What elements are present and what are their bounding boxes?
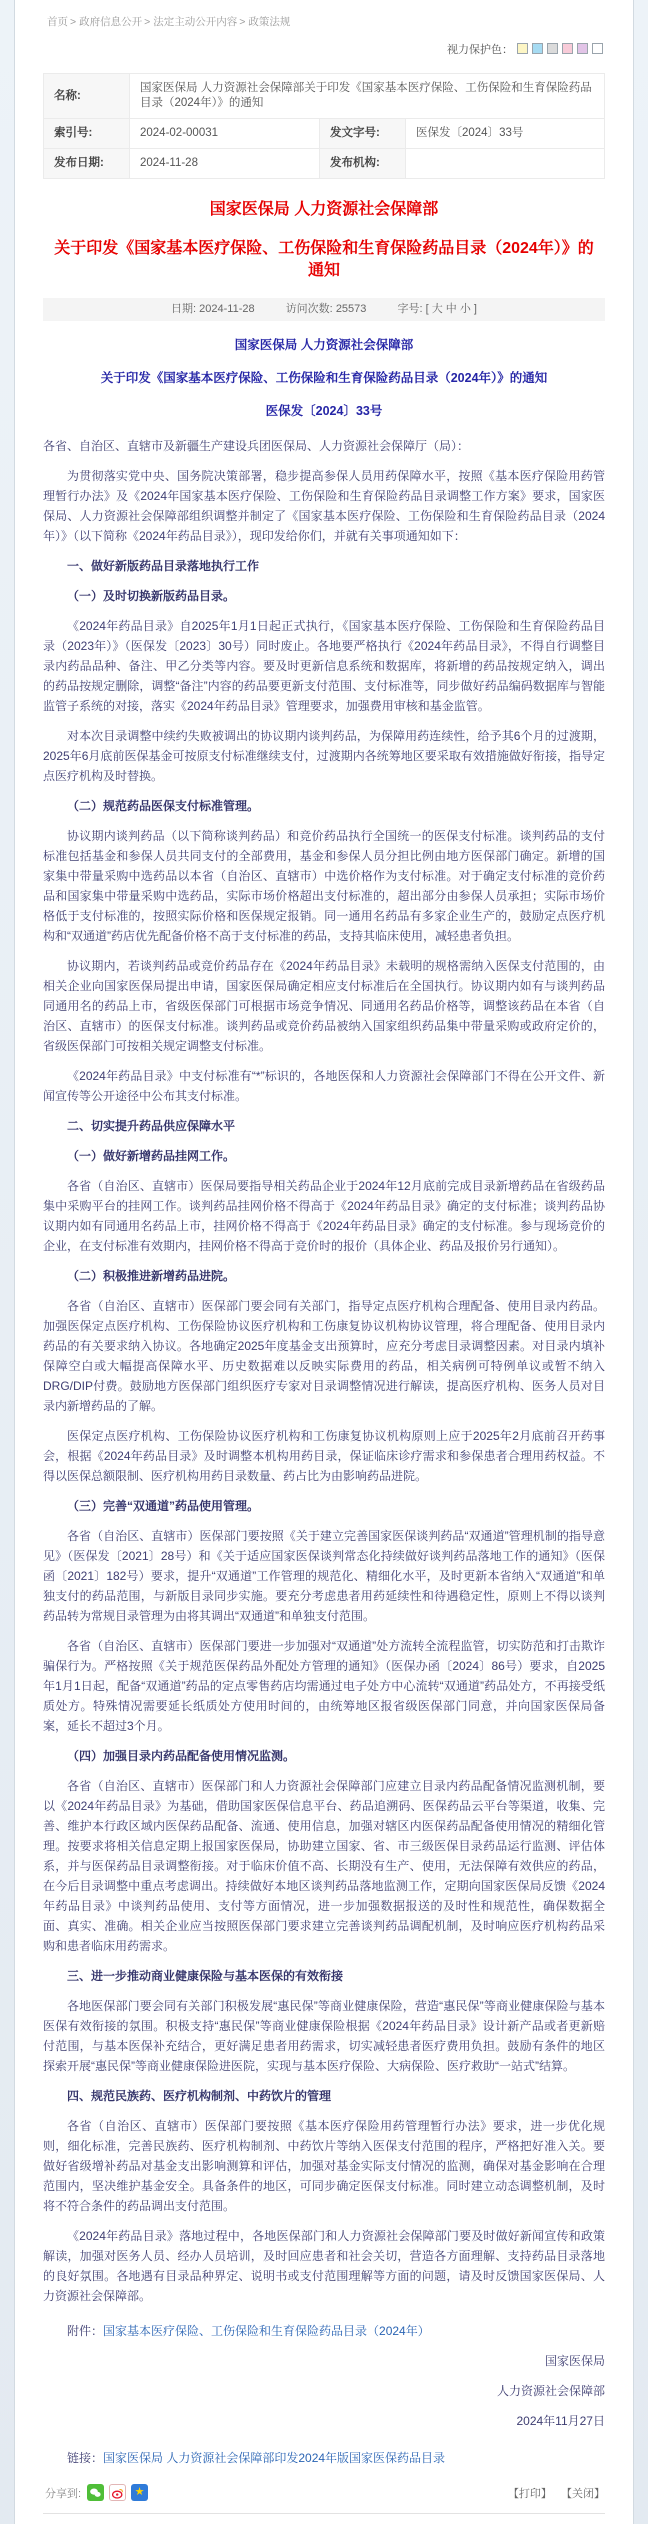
eye-protect-label: 视力保护色：	[447, 44, 513, 56]
signature-org2: 人力资源社会保障部	[43, 2383, 605, 2399]
share-label: 分享到:	[45, 2485, 81, 2501]
document-info-table: 名称: 国家医保局 人力资源社会保障部关于印发《国家基本医疗保险、工伤保险和生育…	[43, 73, 605, 179]
eye-protect-swatches	[513, 44, 603, 56]
article-h1: 四、规范民族药、医疗机构制剂、中药饮片的管理	[43, 2086, 605, 2106]
eye-protect-swatch[interactable]	[532, 43, 543, 54]
article-p: 《2024年药品目录》落地过程中，各地医保部门和人力资源社会保障部门要及时做好新…	[43, 2226, 605, 2306]
article-p: 各省（自治区、直辖市）医保部门要进一步加强对“双通道”处方流转全流程监管，切实防…	[43, 1636, 605, 1736]
related-link[interactable]: 国家医保局 人力资源社会保障部印发2024年版国家医保药品目录	[103, 2451, 445, 2465]
pubdate-label: 发布日期:	[44, 149, 130, 179]
breadcrumb-item[interactable]: 政府信息公开	[79, 16, 142, 28]
article-p: 协议期内，若谈判药品或竞价药品存在《2024年药品目录》未载明的规格需纳入医保支…	[43, 956, 605, 1056]
name-value: 国家医保局 人力资源社会保障部关于印发《国家基本医疗保险、工伤保险和生育保险药品…	[130, 74, 605, 119]
pubdate-value: 2024-11-28	[130, 149, 320, 179]
article-h1: 三、进一步推动商业健康保险与基本医保的有效衔接	[43, 1966, 605, 1986]
bottom-divider	[43, 2513, 605, 2514]
breadcrumb-item[interactable]: 法定主动公开内容	[153, 16, 237, 28]
breadcrumb: 首页>政府信息公开>法定主动公开内容>政策法规	[43, 12, 605, 35]
attachment-line: 附件：国家基本医疗保险、工伤保险和生育保险药品目录（2024年）	[43, 2322, 605, 2339]
content-panel: 首页>政府信息公开>法定主动公开内容>政策法规 视力保护色： 名称: 国家医保局…	[14, 0, 634, 2524]
related-link-label: 链接：	[67, 2451, 103, 2465]
favorite-share-icon[interactable]: ★	[131, 2484, 148, 2501]
article-h2: （一）做好新增药品挂网工作。	[43, 1146, 605, 1166]
article-h2: （二）积极推进新增药品进院。	[43, 1266, 605, 1286]
share-row: 分享到: ★ 【打印】 【关闭】	[45, 2484, 605, 2501]
signature-block: 国家医保局 人力资源社会保障部 2024年11月27日	[43, 2353, 605, 2429]
article-body: 各省、自治区、直辖市及新疆生产建设兵团医保局、人力资源社会保障厅（局）：为贯彻落…	[43, 436, 605, 2306]
article-p: 各省（自治区、直辖市）医保局要指导相关药品企业于2024年12月底前完成目录新增…	[43, 1176, 605, 1256]
page-title-line1: 国家医保局 人力资源社会保障部	[53, 199, 595, 221]
article-p: 对本次目录调整中续约失败被调出的协议期内谈判药品，为保障用药连续性，给予其6个月…	[43, 726, 605, 786]
weibo-share-icon[interactable]	[109, 2484, 126, 2501]
wechat-share-icon[interactable]	[87, 2484, 104, 2501]
article-p: 《2024年药品目录》自2025年1月1日起正式执行，《国家基本医疗保险、工伤保…	[43, 616, 605, 716]
article-p-noindent: 各省、自治区、直辖市及新疆生产建设兵团医保局、人力资源社会保障厅（局）：	[43, 436, 605, 456]
eye-protect-swatch[interactable]	[562, 43, 573, 54]
article-h2: （三）完善“双通道”药品使用管理。	[43, 1496, 605, 1516]
docnum-value: 医保发〔2024〕33号	[406, 119, 605, 149]
article-p: 各省（自治区、直辖市）医保部门要会同有关部门，指导定点医疗机构合理配备、使用目录…	[43, 1296, 605, 1416]
meta-date: 日期: 2024-11-28	[171, 303, 255, 315]
breadcrumb-separator: >	[239, 16, 245, 28]
table-row: 发布日期: 2024-11-28 发布机构:	[44, 149, 605, 179]
signature-org1: 国家医保局	[43, 2353, 605, 2369]
puborg-label: 发布机构:	[320, 149, 406, 179]
meta-fontsize[interactable]: 字号: [ 大 中 小 ]	[397, 303, 476, 315]
index-value: 2024-02-00031	[130, 119, 320, 149]
table-row: 索引号: 2024-02-00031 发文字号: 医保发〔2024〕33号	[44, 119, 605, 149]
article-h2: （一）及时切换新版药品目录。	[43, 586, 605, 606]
name-label: 名称:	[44, 74, 130, 119]
doc-number: 医保发〔2024〕33号	[43, 403, 605, 420]
breadcrumb-separator: >	[144, 16, 150, 28]
article-p: 为贯彻落实党中央、国务院决策部署，稳步提高参保人员用药保障水平，按照《基本医疗保…	[43, 466, 605, 546]
article-p: 各省（自治区、直辖市）医保部门要按照《关于建立完善国家医保谈判药品“双通道”管理…	[43, 1526, 605, 1626]
page-actions: 【打印】 【关闭】	[502, 2485, 605, 2501]
share-icons: ★	[87, 2484, 153, 2501]
docnum-label: 发文字号:	[320, 119, 406, 149]
article-h1: 二、切实提升药品供应保障水平	[43, 1116, 605, 1136]
article-p: 各省（自治区、直辖市）医保部门和人力资源社会保障部门应建立目录内药品配备情况监测…	[43, 1776, 605, 1956]
fontsize-options[interactable]: [ 大 中 小 ]	[426, 303, 477, 315]
article-p: 《2024年药品目录》中支付标准有“*”标识的，各地医保和人力资源社会保障部门不…	[43, 1066, 605, 1106]
index-label: 索引号:	[44, 119, 130, 149]
puborg-value	[406, 149, 605, 179]
article-h1: 一、做好新版药品目录落地执行工作	[43, 556, 605, 576]
attachment-link[interactable]: 国家基本医疗保险、工伤保险和生育保险药品目录（2024年）	[103, 2324, 430, 2338]
meta-visits: 访问次数: 25573	[286, 303, 367, 315]
article-p: 各省（自治区、直辖市）医保部门要按照《基本医疗保险用药管理暂行办法》要求，进一步…	[43, 2116, 605, 2216]
breadcrumb-item[interactable]: 首页	[47, 16, 68, 28]
breadcrumb-item[interactable]: 政策法规	[248, 16, 290, 28]
eye-protect-row: 视力保护色：	[43, 35, 605, 67]
page-title-line2: 关于印发《国家基本医疗保险、工伤保险和生育保险药品目录（2024年）》的通知	[53, 238, 595, 282]
table-row: 名称: 国家医保局 人力资源社会保障部关于印发《国家基本医疗保险、工伤保险和生育…	[44, 74, 605, 119]
eye-protect-swatch[interactable]	[517, 43, 528, 54]
article-h2: （二）规范药品医保支付标准管理。	[43, 796, 605, 816]
close-button[interactable]: 【关闭】	[561, 2488, 605, 2500]
related-link-line: 链接：国家医保局 人力资源社会保障部印发2024年版国家医保药品目录	[43, 2449, 605, 2466]
print-button[interactable]: 【打印】	[508, 2488, 552, 2500]
signature-date: 2024年11月27日	[43, 2413, 605, 2429]
article-p: 各地医保部门要会同有关部门积极发展“惠民保”等商业健康保险，营造“惠民保”等商业…	[43, 1996, 605, 2076]
article-h2: （四）加强目录内药品配备使用情况监测。	[43, 1746, 605, 1766]
doc-org-line: 国家医保局 人力资源社会保障部	[43, 337, 605, 354]
article-p: 医保定点医疗机构、工伤保险协议医疗机构和工伤康复协议机构原则上应于2025年2月…	[43, 1426, 605, 1486]
eye-protect-swatch[interactable]	[577, 43, 588, 54]
attachment-label: 附件：	[67, 2324, 103, 2338]
eye-protect-swatch[interactable]	[547, 43, 558, 54]
meta-bar: 日期: 2024-11-28 访问次数: 25573 字号: [ 大 中 小 ]	[43, 298, 605, 321]
breadcrumb-separator: >	[70, 16, 76, 28]
article-p: 协议期内谈判药品（以下简称谈判药品）和竞价药品执行全国统一的医保支付标准。谈判药…	[43, 826, 605, 946]
doc-title-line: 关于印发《国家基本医疗保险、工伤保险和生育保险药品目录（2024年）》的通知	[43, 370, 605, 387]
eye-protect-swatch[interactable]	[592, 43, 603, 54]
